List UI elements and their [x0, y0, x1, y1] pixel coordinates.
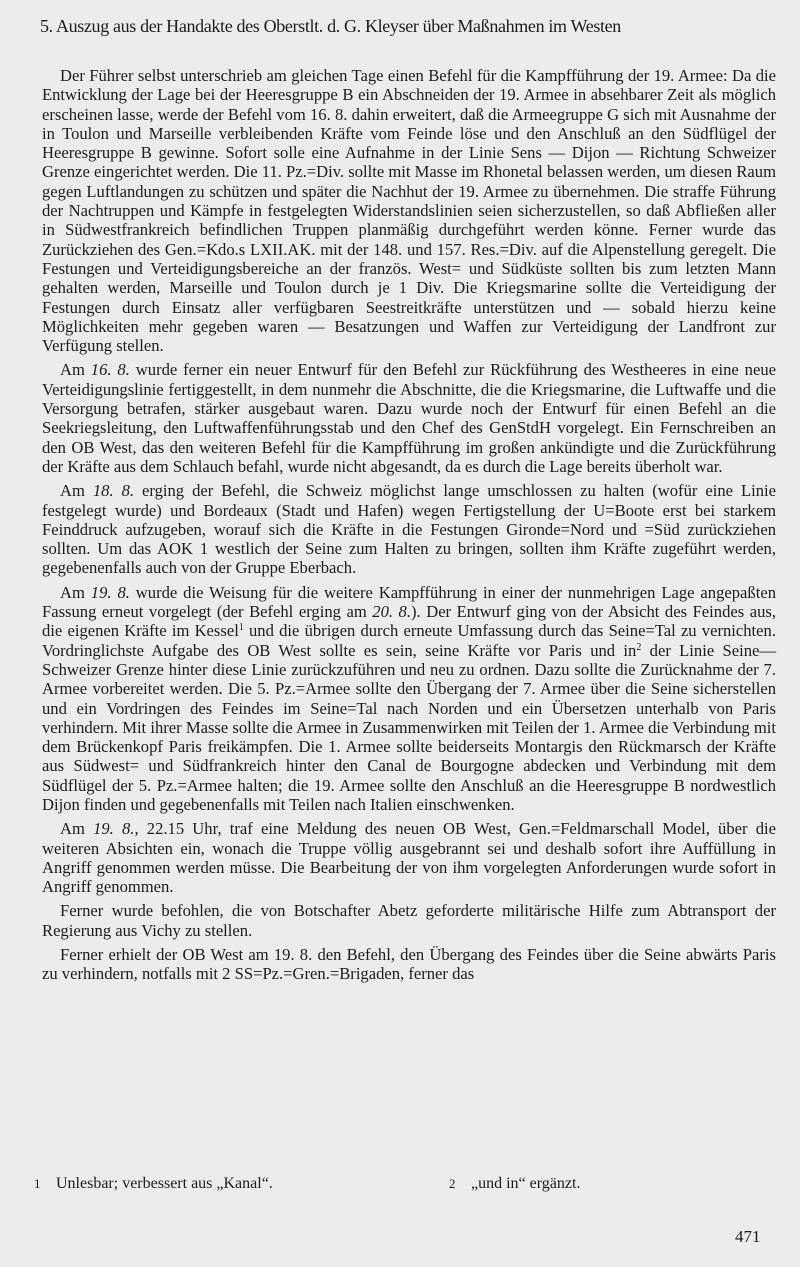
- paragraph: Am 19. 8. wurde die Weisung für die weit…: [42, 583, 776, 815]
- date: 19. 8.: [93, 819, 134, 838]
- date: 16. 8.: [91, 360, 130, 379]
- paragraph: Am 18. 8. erging der Befehl, die Schweiz…: [42, 481, 776, 577]
- body-text: Der Führer selbst unterschrieb am gleich…: [42, 66, 776, 989]
- paragraph: Am 16. 8. wurde ferner ein neuer Entwurf…: [42, 360, 776, 476]
- footnote-1: 1Unlesbar; verbessert aus „Kanal“.: [34, 1175, 273, 1193]
- footnote-text: Unlesbar; verbessert aus „Kanal“.: [56, 1175, 273, 1192]
- paragraph: Ferner wurde befohlen, die von Botschaft…: [42, 901, 776, 940]
- footnote-number: 2: [449, 1176, 471, 1192]
- date: 19. 8.: [91, 583, 130, 602]
- page-number: 471: [735, 1227, 761, 1247]
- date: 18. 8.: [93, 481, 134, 500]
- footnote-text: „und in“ ergänzt.: [471, 1175, 580, 1192]
- document-page: 5. Auszug aus der Handakte des Oberstlt.…: [0, 0, 800, 1267]
- date: 20. 8.: [372, 602, 411, 621]
- footnote-number: 1: [34, 1176, 56, 1192]
- paragraph: Der Führer selbst unterschrieb am gleich…: [42, 66, 776, 355]
- section-heading: 5. Auszug aus der Handakte des Oberstlt.…: [40, 16, 785, 37]
- paragraph: Am 19. 8., 22.15 Uhr, traf eine Meldung …: [42, 819, 776, 896]
- paragraph: Ferner erhielt der OB West am 19. 8. den…: [42, 945, 776, 984]
- footnote-2: 2„und in“ ergänzt.: [449, 1175, 580, 1193]
